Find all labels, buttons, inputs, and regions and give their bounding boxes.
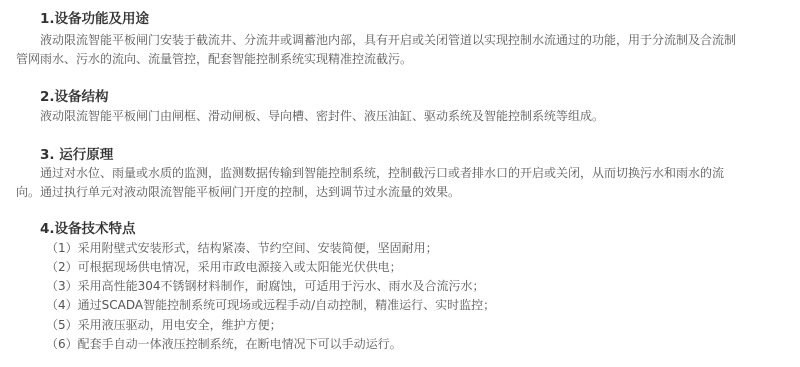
section-heading-structure: 2.设备结构: [40, 88, 109, 106]
section-body-function: 液动限流智能平板闸门安装于截流井、分流井或调蓄池内部，具有开启或关闭管道以实现控…: [16, 31, 746, 69]
feature-list-item: （5）采用液压驱动，用电安全，维护方便；: [46, 316, 282, 335]
section-body-principle: 通过对水位、雨量或水质的监测，监测数据传输到智能控制系统，控制截污口或者排水口的…: [16, 164, 746, 202]
feature-list-item: （6）配套手自动一体液压控制系统，在断电情况下可以手动运行。: [46, 335, 402, 354]
feature-list-item: （3）采用高性能304不锈钢材料制作，耐腐蚀，可适用于污水、雨水及合流污水；: [46, 277, 485, 296]
section-heading-principle: 3. 运行原理: [40, 146, 113, 164]
section-heading-features: 4.设备技术特点: [40, 220, 136, 238]
section-heading-function: 1.设备功能及用途: [40, 10, 149, 28]
feature-list-item: （4）通过SCADA智能控制系统可现场或远程手动/自动控制，精准运行、实时监控；: [46, 296, 495, 315]
feature-list-item: （1）采用附壁式安装形式，结构紧凑、节约空间、安装简便，坚固耐用；: [46, 239, 438, 258]
feature-list-item: （2）可根据现场供电情况，采用市政电源接入或太阳能光伏供电；: [46, 258, 402, 277]
section-body-structure: 液动限流智能平板闸门由闸框、滑动闸板、导向槽、密封件、液压油缸、驱动系统及智能控…: [16, 107, 746, 126]
